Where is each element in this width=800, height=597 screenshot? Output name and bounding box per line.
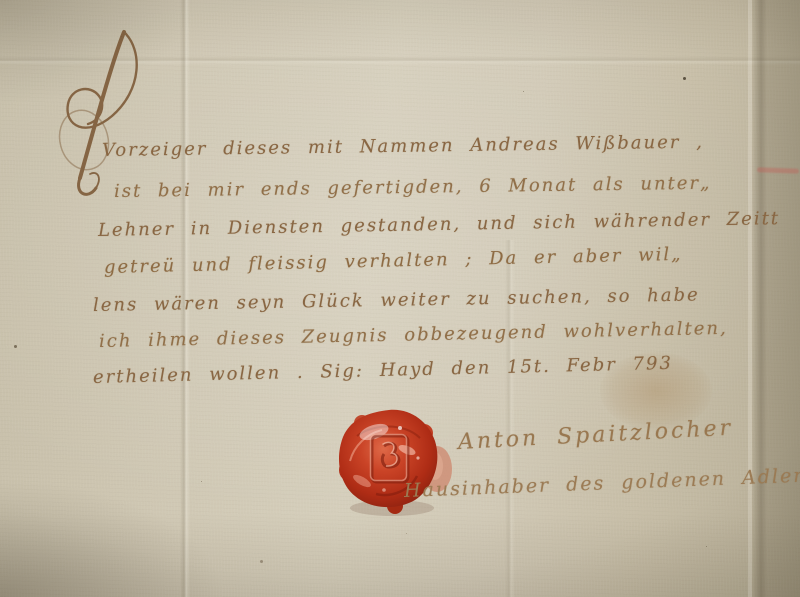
photograph-of-document: Vorzeiger dieses mit Nammen Andreas Wißb… <box>0 0 800 597</box>
wax-seal <box>332 406 462 521</box>
right-fold-highlight <box>748 0 752 597</box>
right-edge-fold-shadow <box>752 0 800 597</box>
paper-specks <box>683 77 686 80</box>
ornate-initial-flourish <box>46 28 146 203</box>
